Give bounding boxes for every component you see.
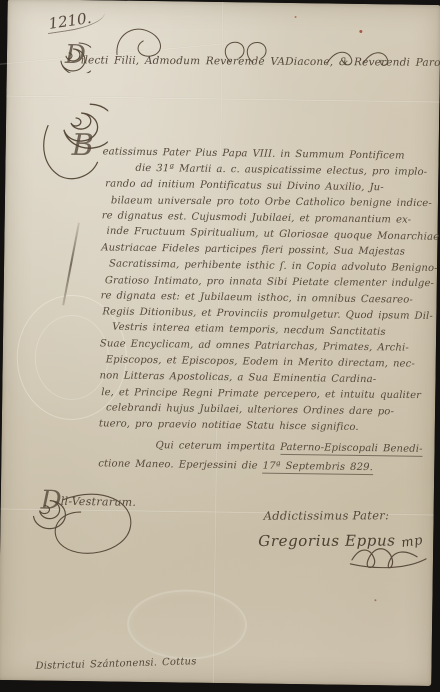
paper-speck xyxy=(359,30,362,33)
scan-background: 1210. D ilecti Filii, Admodum Reverende … xyxy=(0,0,440,692)
paper-speck xyxy=(374,599,376,601)
closing-text: ctione Maneo. Eperjessini die xyxy=(98,458,263,471)
body-initial-flourish xyxy=(29,95,108,184)
body-line: le, et Principe Regni Primate percepero,… xyxy=(99,387,439,406)
salutation: ilecti Filii, Admodum Reverende VADiacon… xyxy=(81,54,440,69)
letter-closing: Qui ceterum impertita Paterno-Episcopali… xyxy=(98,439,438,482)
closing-dateline: ctione Maneo. Eperjessini die 17ª Septem… xyxy=(98,458,438,482)
closing-date: 17ª Septembris 829. xyxy=(263,461,373,476)
letter-paper: 1210. D ilecti Filii, Admodum Reverende … xyxy=(0,0,440,686)
embossed-stamp xyxy=(127,589,248,661)
signature-role: Addictissimus Pater: xyxy=(264,508,390,522)
address-note: Districtui Szántonensi. Cottus xyxy=(35,656,196,672)
valediction: ll-Vestrarum. xyxy=(61,495,137,509)
letter-body: eatissimus Pater Pius Papa VIII. in Summ… xyxy=(99,146,440,439)
signature-flourish xyxy=(350,544,428,569)
body-line: Gratioso Intimato, pro innata Sibi Pieta… xyxy=(101,275,440,294)
margin-mark xyxy=(62,222,80,305)
body-line: bilaeum universale pro toto Orbe Catholi… xyxy=(102,195,440,214)
body-initial: B xyxy=(71,128,94,163)
valediction-initial: D xyxy=(41,486,62,516)
closing-underlined-phrase: Paterno-Episcopali Benedi- xyxy=(280,442,423,457)
folio-number: 1210. xyxy=(45,7,106,34)
closing-text: Qui ceterum impertita xyxy=(155,440,280,453)
paper-speck xyxy=(295,16,297,18)
body-line: tuero, pro praevio notitiae Statu hisce … xyxy=(99,418,439,439)
